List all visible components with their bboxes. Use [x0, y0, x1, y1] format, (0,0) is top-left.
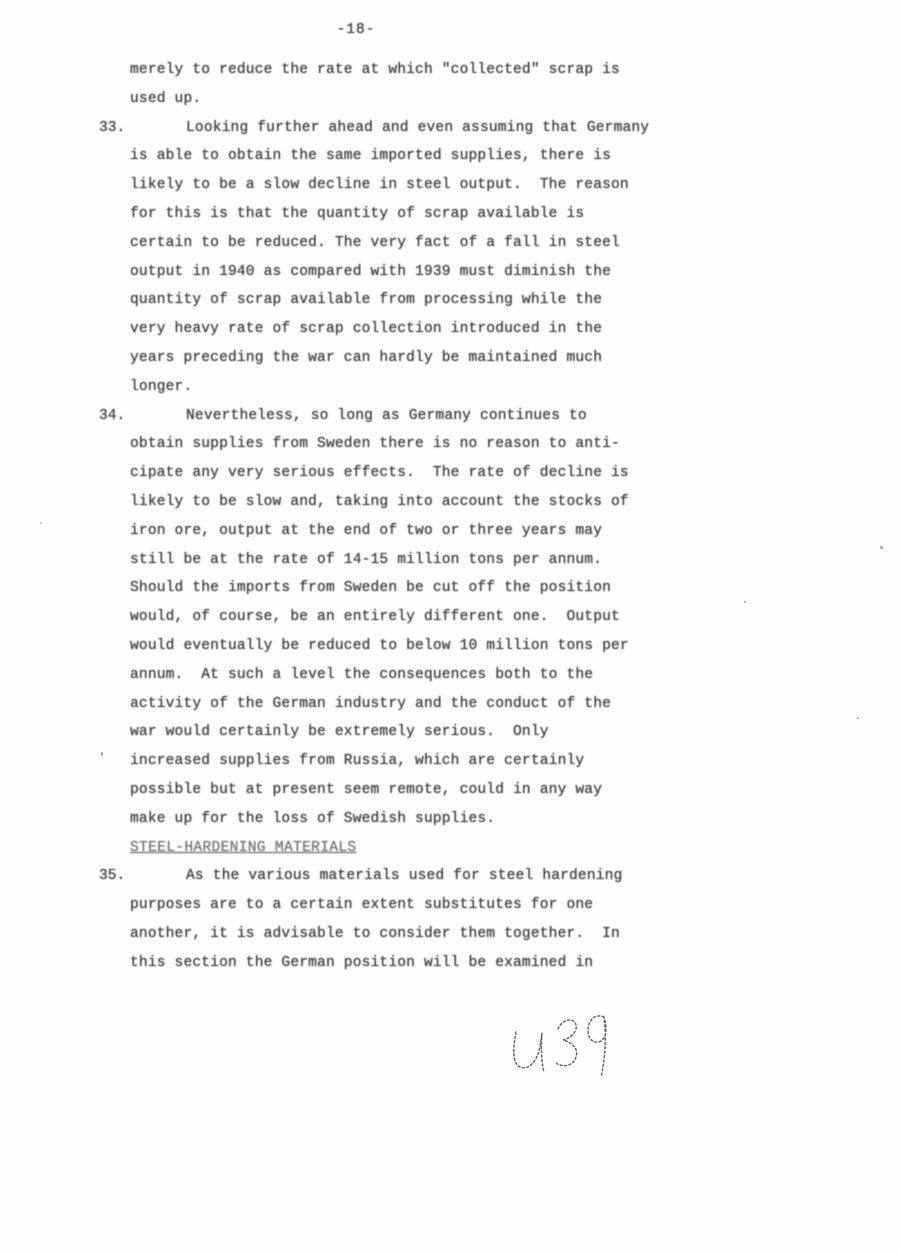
paragraph-continuation: merely to reduce the rate at which "coll… — [130, 56, 650, 114]
section-heading: STEEL-HARDENING MATERIALS — [130, 834, 650, 863]
paragraph-text: Looking further ahead and even assuming … — [130, 114, 650, 402]
paragraph-text: As the various materials used for steel … — [130, 862, 650, 977]
paragraph-34: 34. Nevertheless, so long as Germany con… — [130, 402, 650, 834]
document-body: merely to reduce the rate at which "coll… — [130, 56, 650, 978]
paragraph-text: Nevertheless, so long as Germany continu… — [130, 402, 650, 834]
scan-noise-speck — [857, 717, 859, 719]
scan-noise-speck — [40, 522, 42, 524]
scan-noise-speck — [101, 752, 103, 756]
handwritten-annotation — [498, 1002, 643, 1100]
page-number: -18- — [0, 22, 712, 38]
paragraph-number: 35. — [99, 862, 125, 891]
paragraph-number: 33. — [99, 114, 125, 143]
document-page: -18- merely to reduce the rate at which … — [0, 0, 900, 1254]
paragraph-35: 35. As the various materials used for st… — [130, 862, 650, 977]
paragraph-33: 33. Looking further ahead and even assum… — [130, 114, 650, 402]
scan-noise-speck — [744, 601, 746, 603]
paragraph-number: 34. — [99, 402, 125, 431]
paragraph-text: merely to reduce the rate at which "coll… — [130, 56, 650, 114]
scan-noise-speck — [880, 546, 883, 549]
